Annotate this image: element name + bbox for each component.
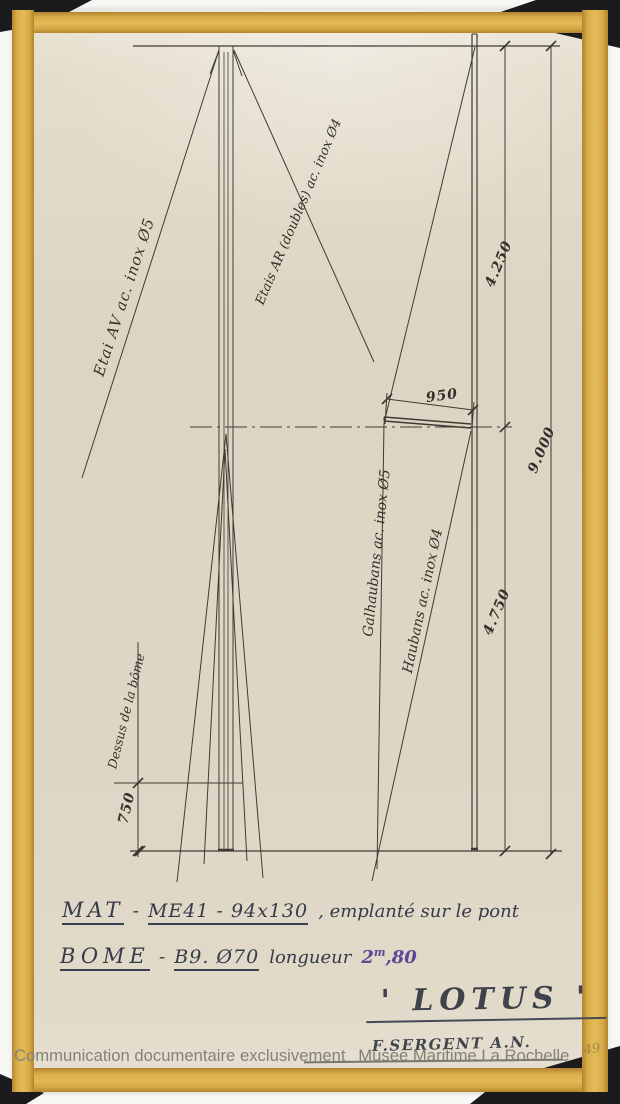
boom-length: 2m,80 <box>361 946 417 968</box>
dash: - <box>133 900 139 922</box>
watermark-right: Musée Maritime La Rochelle <box>358 1046 569 1066</box>
mast-label: MAT <box>62 898 124 925</box>
mast-note: , emplanté sur le pont <box>318 901 519 922</box>
boom-spec-line: BOME - B9. Ø70 longueur 2m,80 <box>60 944 417 971</box>
mast-spec-line: MAT - ME41 - 94x130 , emplanté sur le po… <box>62 898 519 925</box>
boom-note: longueur <box>269 947 351 968</box>
watermark-left: Communication documentaire exclusivement <box>14 1046 346 1066</box>
boom-label: BOME <box>60 944 150 971</box>
boom-reference: B9. Ø70 <box>174 946 259 971</box>
dash: - <box>159 946 165 968</box>
mast-reference: ME41 - 94x130 <box>148 900 308 925</box>
museum-watermark: Communication documentaire exclusivement… <box>14 1046 598 1066</box>
boat-name: ' LOTUS ' <box>366 980 607 1023</box>
scanned-rigging-plan: Etai AV ac. inox Ø5 Etais AR (doubles) a… <box>0 0 620 1104</box>
